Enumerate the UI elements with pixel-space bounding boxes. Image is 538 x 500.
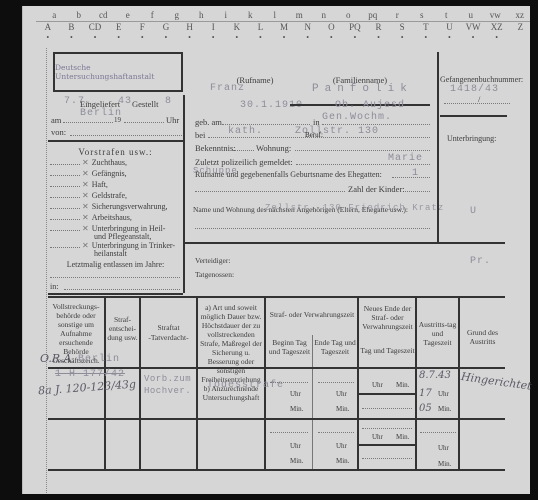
min-label: Min.: [336, 405, 349, 413]
left-section-divider: [183, 95, 185, 293]
austritt-min: 05: [419, 403, 432, 414]
right-panel-divider: [437, 52, 439, 242]
index-letter: E: [107, 22, 131, 32]
gestellt-label: Gestellt: [132, 99, 158, 109]
bekenntnis-label: Bekenntnis:: [195, 143, 236, 153]
min-label: Min.: [396, 433, 409, 441]
index-letter: VW: [461, 22, 485, 32]
kinder-field[interactable]: [405, 191, 430, 192]
alphabet-dots: ••••••••••••••••••••: [36, 33, 532, 42]
col-line: [458, 298, 460, 470]
uhr-label: Uhr: [166, 115, 179, 125]
index-letter: m: [287, 10, 312, 20]
uhr-label: Uhr: [372, 381, 383, 389]
gestellt-typed-2: 8: [165, 96, 172, 107]
birthplace-value: Ob. Aujesd: [335, 100, 405, 111]
neues-ende-field[interactable]: [362, 408, 412, 409]
rule: [48, 293, 183, 295]
index-letter: a: [42, 10, 67, 20]
angehoerige-typed: Zollstr. 130 Friedrich Kratz: [265, 203, 444, 213]
vorstrafen-item: ✕Arbeitshaus,: [50, 213, 132, 222]
header-tatverdacht: -Tatverdacht-: [141, 333, 196, 342]
index-letter: g: [165, 10, 190, 20]
row-line: [359, 393, 415, 395]
header-ende: Ende Tag und Tageszeit: [313, 338, 357, 356]
header-strafentscheidung: Straf-entschei-dung usw.: [106, 315, 139, 342]
austritt-uhr: 17: [419, 388, 432, 399]
col-line: [196, 298, 198, 470]
ehegatte-field[interactable]: [392, 177, 430, 178]
kinder-label: Zahl der Kinder:: [348, 184, 405, 194]
index-letter: I: [201, 22, 225, 32]
rule: [440, 115, 507, 117]
index-letter: h: [189, 10, 214, 20]
header-grund: Grund des Austritts: [460, 328, 505, 346]
behoerde-handwritten: O.R.A.: [40, 352, 75, 365]
index-letter: N: [296, 22, 320, 32]
row-line: [359, 444, 415, 446]
uhr-label: Uhr: [438, 444, 449, 452]
index-letter: b: [67, 10, 92, 20]
ehegatte-name-field[interactable]: [195, 191, 345, 192]
verteidiger-label: Verteidiger:: [195, 256, 230, 265]
header-beginn: Beginn Tag und Tageszeit: [267, 338, 312, 356]
index-letter: M: [272, 22, 296, 32]
index-letter: t: [434, 10, 459, 20]
index-letter: xz: [508, 10, 533, 20]
index-letter: r: [385, 10, 410, 20]
letztmalig-field[interactable]: [50, 277, 180, 278]
vorstrafen-item-cont: und Pflegeanstalt,: [94, 232, 151, 241]
index-letter: S: [390, 22, 414, 32]
beruf-label: Beruf:: [305, 131, 323, 139]
geb-am-field[interactable]: [222, 124, 310, 125]
buchnummer-label: Gefangenenbuchnummer:: [440, 75, 515, 84]
rule: [185, 242, 505, 244]
birthplace-field[interactable]: [322, 124, 430, 125]
left-margin-line: [46, 48, 47, 493]
letztmalig-label: Letztmalig entlassen im Jahre:: [48, 260, 183, 269]
straftat-value: Vorb.zum Hochver.: [144, 373, 196, 397]
von-label: von:: [51, 127, 66, 137]
index-letter: A: [36, 22, 60, 32]
ende-date-field[interactable]: [318, 432, 354, 433]
in-field[interactable]: [64, 289, 180, 290]
behoerde-typed: Berlin: [78, 354, 120, 365]
row-line: [48, 418, 505, 420]
index-letter: CD: [83, 22, 107, 32]
zuletzt-field[interactable]: [296, 164, 430, 165]
am-field[interactable]: [63, 122, 113, 123]
index-letter: s: [410, 10, 435, 20]
rufname-value: Franz: [210, 83, 245, 94]
index-letter: pq: [361, 10, 386, 20]
in-label: in:: [50, 282, 58, 291]
vorstrafen-item: ✕Geldstrafe,: [50, 191, 127, 200]
von-field[interactable]: [70, 135, 182, 136]
uhr-label: Uhr: [336, 390, 347, 398]
index-letter: B: [60, 22, 84, 32]
index-letter: u: [459, 10, 484, 20]
familienname-value: Panfolik: [312, 83, 413, 95]
index-letter: F: [131, 22, 155, 32]
wohnung-label: Wohnung:: [256, 143, 291, 153]
index-letter: o: [336, 10, 361, 20]
neues-ende-field[interactable]: [362, 458, 412, 459]
wohnung-field[interactable]: [295, 150, 430, 151]
row-line: [48, 469, 505, 471]
header-strafzeit: Straf- oder Verwahrungszeit: [267, 310, 357, 319]
header-neues-ende: Neues Ende der Straf- oder Verwahrungsze…: [360, 304, 415, 331]
index-letter: O: [320, 22, 344, 32]
institution-stamp: Deutsche Untersuchungshaftanstalt: [55, 63, 181, 81]
uhr-label: Uhr: [290, 442, 301, 450]
unterbringung-label: Unterbringung:: [447, 134, 496, 143]
bei-label: bei: [195, 130, 205, 140]
institution-stamp-box: Deutsche Untersuchungshaftanstalt: [53, 52, 183, 92]
index-letter: U: [438, 22, 462, 32]
index-letter: e: [116, 10, 141, 20]
austritt-date: 8.7.43: [419, 370, 451, 381]
gestellt-typed: 43: [118, 96, 132, 107]
birthplace-district: Gen.Wochm.: [322, 112, 392, 123]
rule: [48, 140, 183, 142]
index-letter: k: [238, 10, 263, 20]
index-letter: K: [225, 22, 249, 32]
year-prefix: 19: [114, 116, 121, 124]
neues-ende-date-field[interactable]: [362, 428, 412, 429]
angehoerige-field[interactable]: [195, 228, 430, 229]
header-straftat: Straftat: [141, 323, 196, 332]
ende-date-field[interactable]: [318, 382, 354, 383]
uhr-label: Uhr: [336, 442, 347, 450]
index-letter: R: [367, 22, 391, 32]
alphabet-index-upper: A B CD E F G H I K L M N O PQ R S T U VW…: [36, 22, 532, 32]
am-label: am: [51, 115, 61, 125]
index-letter: PQ: [343, 22, 367, 32]
bekenntnis-field[interactable]: [232, 150, 254, 151]
index-letter: L: [249, 22, 273, 32]
index-letter: f: [140, 10, 165, 20]
uhr-label: Uhr: [290, 390, 301, 398]
vorstrafen-item: ✕Haft,: [50, 180, 108, 189]
vorstrafen-item: ✕Zuchthaus,: [50, 158, 127, 167]
index-letter: i: [214, 10, 239, 20]
austritt-date-field[interactable]: [420, 432, 456, 433]
uhr-label: Uhr: [438, 390, 449, 398]
index-letter: T: [414, 22, 438, 32]
vorstrafen-title: Vorstrafen usw.:: [48, 147, 183, 157]
index-letter: Z: [509, 22, 533, 32]
verteidiger-value: Pr.: [470, 256, 491, 267]
zuletzt-value: Marie: [388, 153, 423, 164]
bei-value: kath.: [228, 126, 263, 137]
header-austritt: Austritts-tag und Tageszeit: [417, 320, 458, 347]
tatgenossen-label: Tatgenossen:: [195, 270, 234, 279]
unterbringung-value: U: [470, 206, 477, 217]
uhr-label: Uhr: [372, 433, 383, 441]
index-letter: l: [263, 10, 288, 20]
kinder-count: 1: [412, 168, 419, 179]
min-label: Min.: [336, 457, 349, 465]
min-label: Min.: [396, 381, 409, 389]
rule: [48, 296, 505, 298]
buchnummer-value: 1418/43: [450, 84, 499, 95]
buchnummer-field[interactable]: [444, 103, 510, 104]
min-label: Min.: [438, 405, 451, 413]
index-letter: cd: [91, 10, 116, 20]
header-neues-ende-sub: Tag und Tageszeit: [360, 346, 415, 355]
header-behoerde: Vollstreckungs-behörde oder sonstige um …: [49, 302, 103, 356]
index-letter: G: [154, 22, 178, 32]
min-label: Min.: [438, 460, 451, 468]
min-label: Min.: [290, 457, 303, 465]
buchnummer-slash: /: [478, 94, 480, 104]
index-letter: vw: [483, 10, 508, 20]
beginn-date-field[interactable]: [270, 382, 308, 383]
vorstrafen-item: ✕Gefängnis,: [50, 169, 127, 178]
geb-am-value: 30.1.1910: [240, 100, 303, 111]
index-letter: n: [312, 10, 337, 20]
index-letter: H: [178, 22, 202, 32]
beginn-date-field[interactable]: [270, 432, 308, 433]
geb-am-label: geb. am: [195, 117, 222, 127]
vorstrafen-item-cont: heilanstalt: [94, 249, 127, 258]
min-label: Min.: [290, 405, 303, 413]
alphabet-index-lower: a b cd e f g h i k l m n o pq r s t u vw…: [42, 10, 532, 20]
index-letter: XZ: [485, 22, 509, 32]
vorstrafen-item: ✕Sicherungsverwahrung,: [50, 202, 167, 211]
time-field[interactable]: [124, 122, 164, 123]
ehegatte-label: Rufname und gegebenenfalls Geburtsname d…: [195, 170, 382, 179]
